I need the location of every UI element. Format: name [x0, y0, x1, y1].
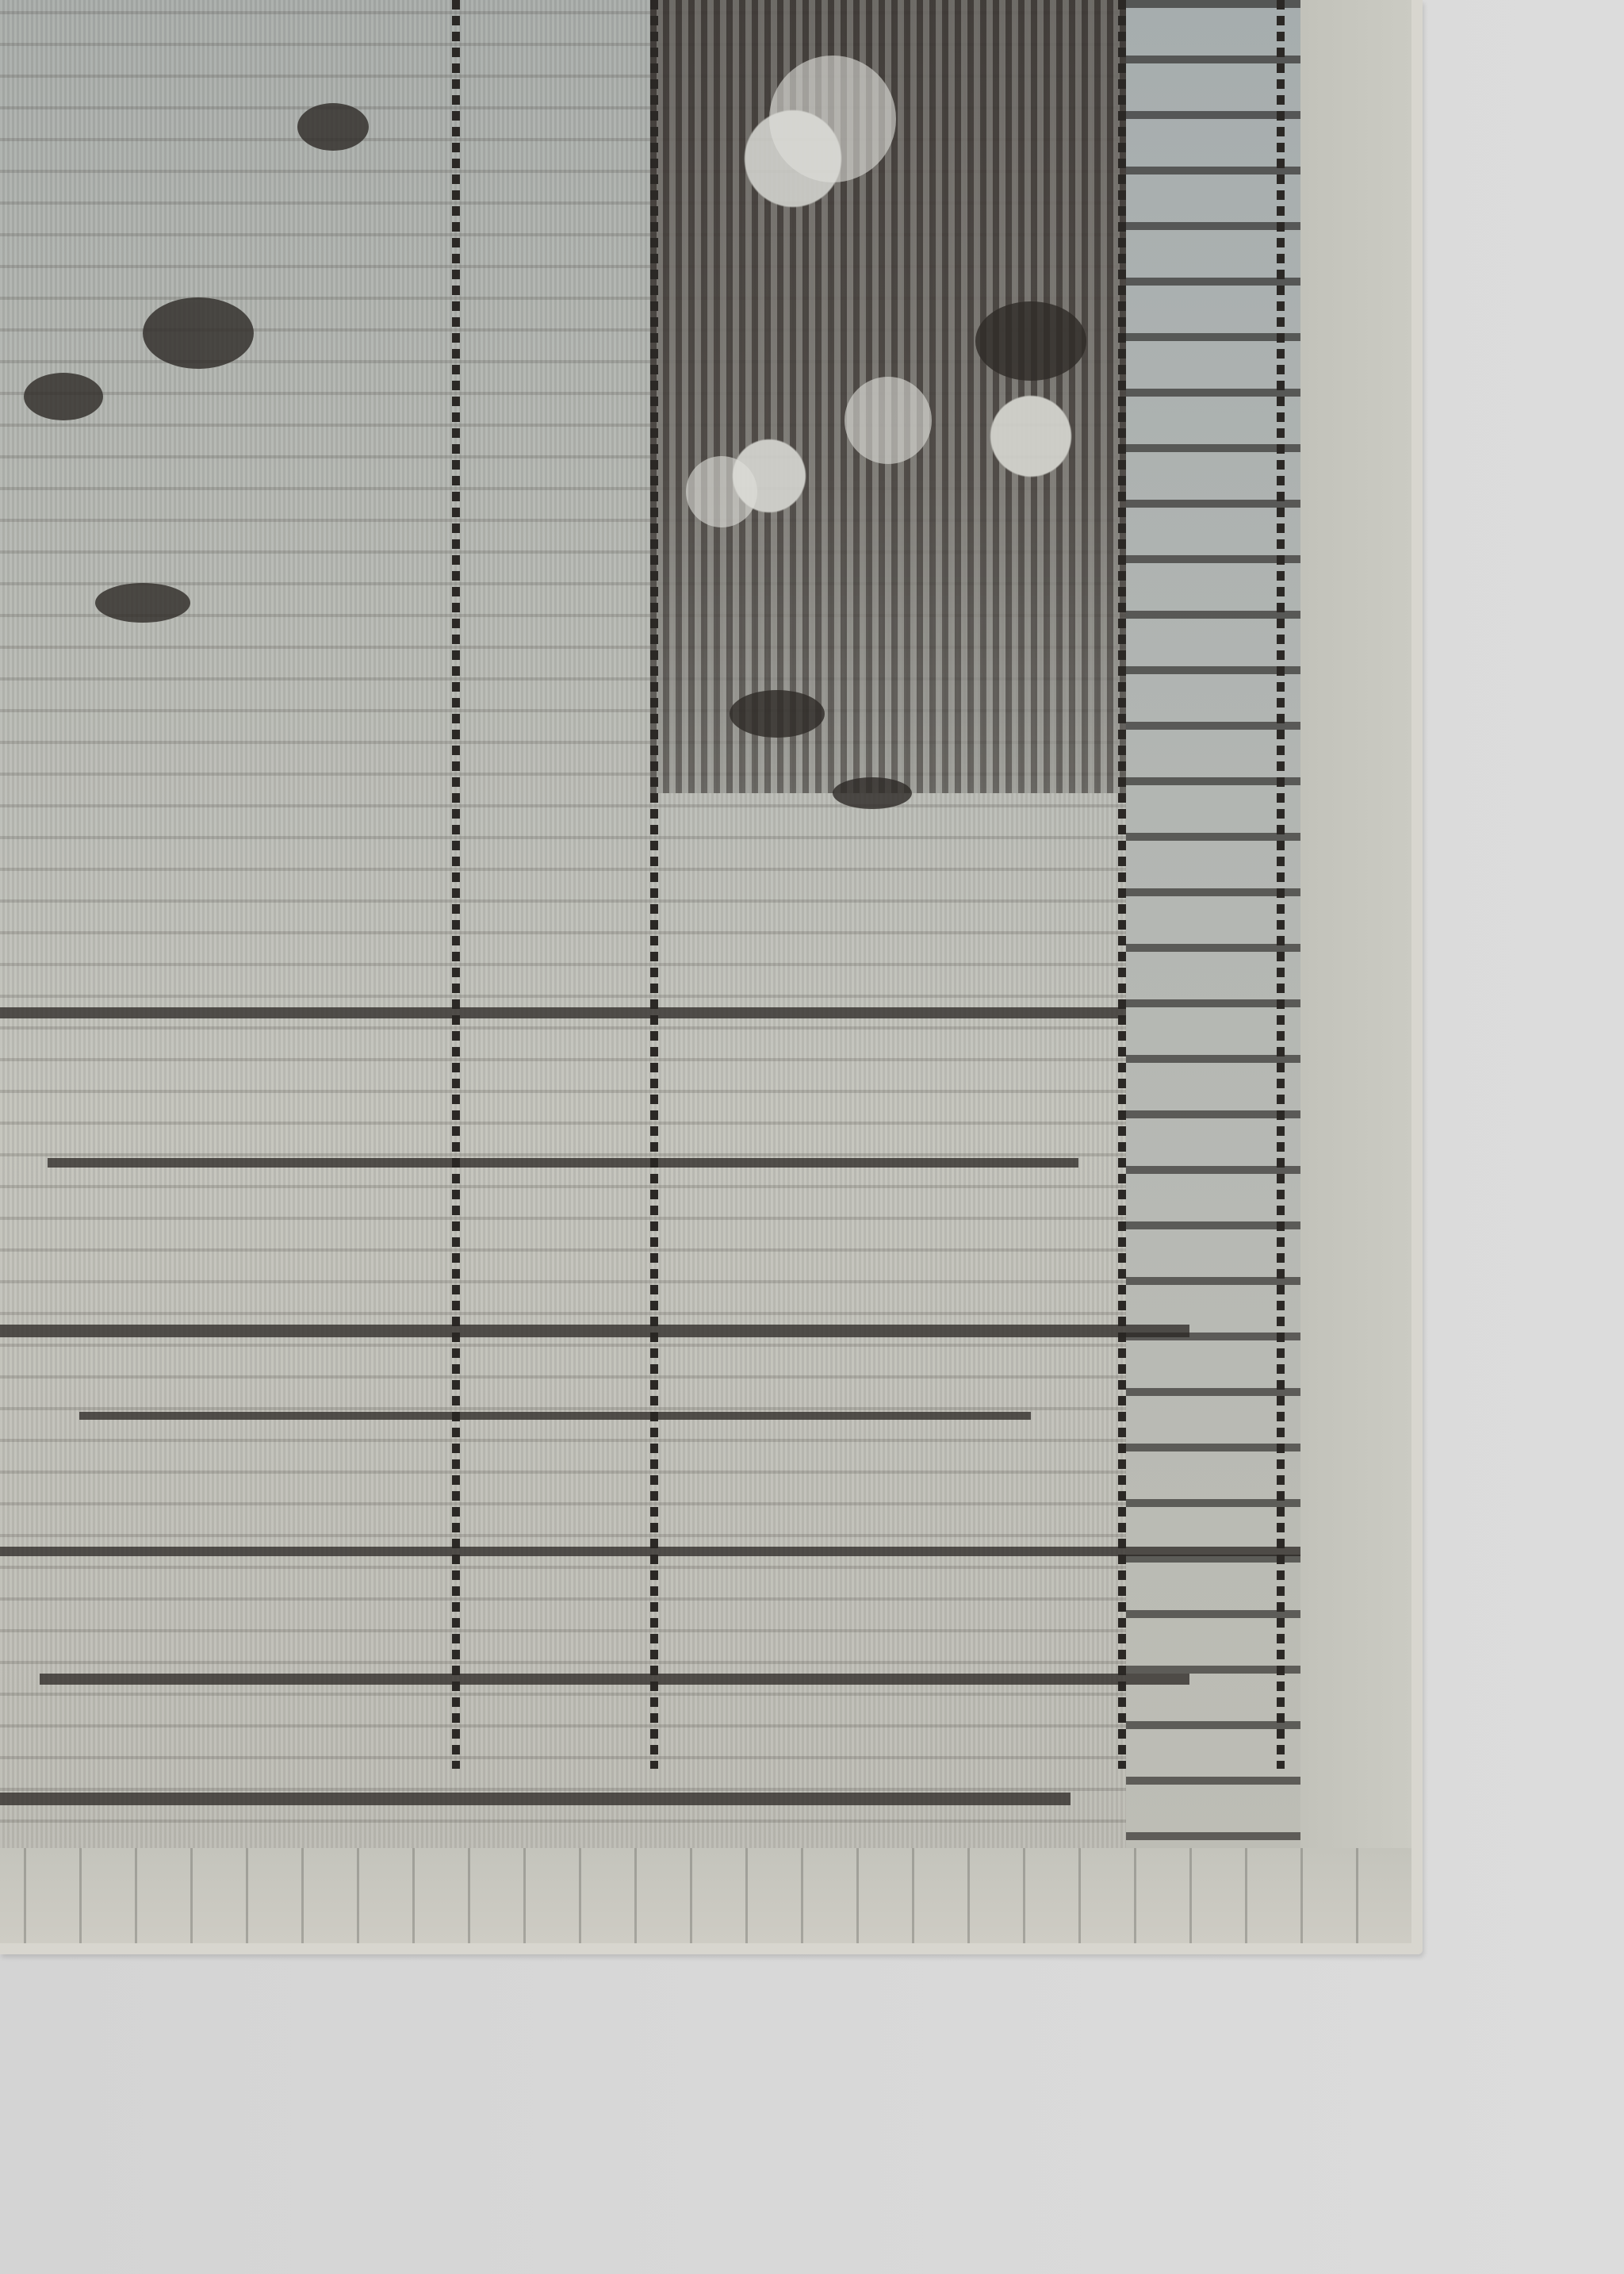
rug [0, 0, 1423, 1954]
rug-distressed-pattern [0, 0, 1411, 1943]
